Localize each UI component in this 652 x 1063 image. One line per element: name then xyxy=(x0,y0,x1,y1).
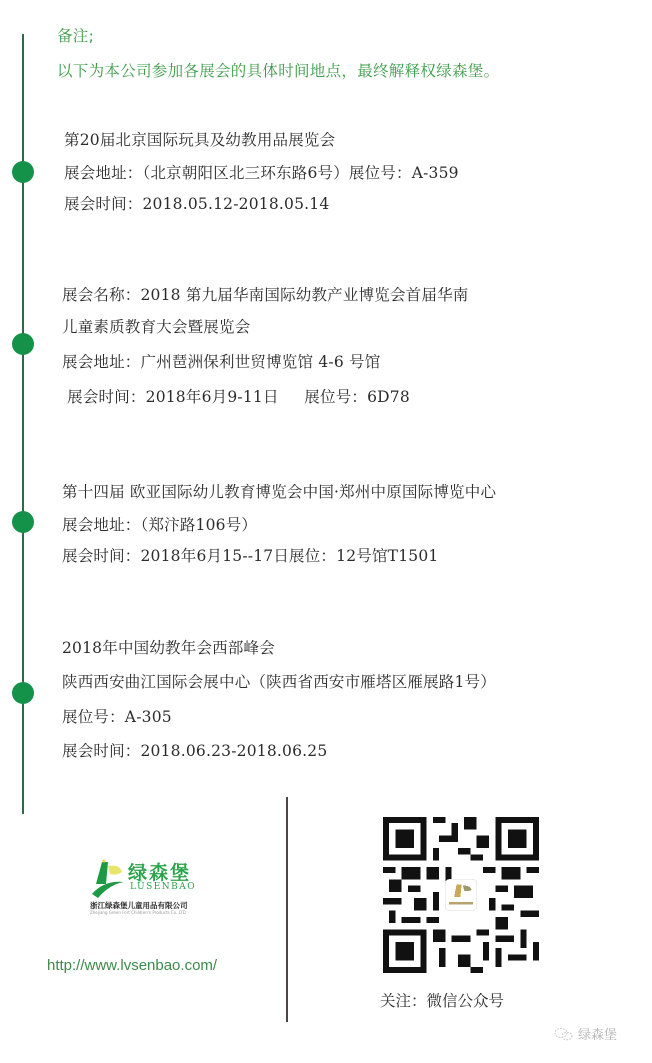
exhibition-4-address: 陕西西安曲江国际会展中心（陕西省西安市雁塔区雁展路1号） xyxy=(62,670,496,692)
footer-divider xyxy=(286,797,288,1022)
timeline-dot xyxy=(12,511,34,533)
exhibition-4-booth: 展位号：A-305 xyxy=(62,705,172,727)
exhibition-2-title: 展会名称：2018 第九届华南国际幼教产业博览会首届华南 xyxy=(62,283,468,305)
watermark-text: 绿森堡 xyxy=(578,1024,617,1043)
exhibition-3-address: 展会地址：（郑汴路106号） xyxy=(62,513,257,535)
exhibition-1-title: 第20届北京国际玩具及幼教用品展览会 xyxy=(64,128,335,150)
timeline-dot xyxy=(12,333,34,355)
exhibition-1-address: 展会地址：（北京朝阳区北三环东路6号）展位号：A-359 xyxy=(64,161,459,183)
exhibition-3-time-booth: 展会时间：2018年6月15--17日展位：12号馆T1501 xyxy=(62,544,438,566)
exhibition-4-time: 展会时间：2018.06.23-2018.06.25 xyxy=(62,739,327,761)
exhibition-1-time: 展会时间：2018.05.12-2018.05.14 xyxy=(64,192,329,214)
note-title: 备注; xyxy=(57,24,94,46)
logo-name-cn: 绿森堡 xyxy=(128,858,191,885)
exhibition-4-title: 2018年中国幼教年会西部峰会 xyxy=(62,636,275,658)
website-link[interactable]: http://www.lvsenbao.com/ xyxy=(47,957,217,974)
logo-name-en: LÜSENBAO xyxy=(130,882,196,892)
exhibition-2-title-cont: 儿童素质教育大会暨展览会 xyxy=(62,315,250,337)
wechat-icon xyxy=(553,1027,575,1041)
timeline-dot xyxy=(12,161,34,183)
logo-mark-icon xyxy=(90,858,126,898)
logo-company-en: Zhejiang Green Fort Children's Products … xyxy=(90,910,186,915)
timeline-dot xyxy=(12,682,34,704)
exhibition-3-title: 第十四届 欧亚国际幼儿教育博览会中国·郑州中原国际博览中心 xyxy=(62,480,496,502)
note-body: 以下为本公司参加各展会的具体时间地点，最终解释权绿森堡。 xyxy=(57,59,499,81)
exhibition-2-time-booth: 展会时间：2018年6月9-11日 展位号：6D78 xyxy=(62,385,410,407)
exhibition-2-address: 展会地址：广州琶洲保利世贸博览馆 4-6 号馆 xyxy=(62,350,380,372)
qr-code-icon xyxy=(383,817,539,973)
qr-caption: 关注：微信公众号 xyxy=(380,989,504,1011)
company-logo: 绿森堡 LÜSENBAO 浙江绿森堡儿童用品有限公司 Zhejiang Gree… xyxy=(90,858,215,916)
